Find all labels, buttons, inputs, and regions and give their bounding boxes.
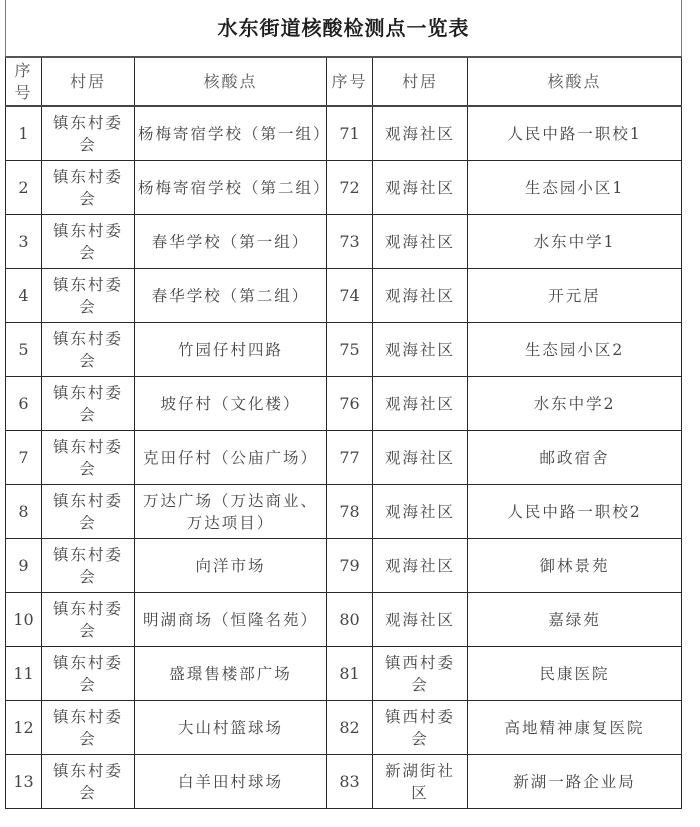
seq-cell: 1: [6, 106, 42, 161]
village-cell: 观海社区: [373, 593, 468, 647]
village-cell: 观海社区: [373, 431, 468, 485]
seq-cell: 79: [327, 539, 373, 593]
seq-cell: 83: [327, 755, 373, 809]
site-cell: 向洋市场: [135, 539, 327, 593]
site-cell: 人民中路一职校1: [468, 106, 682, 161]
seq-cell: 76: [327, 377, 373, 431]
village-cell: 镇西村委会: [373, 647, 468, 701]
table-title: 水东街道核酸检测点一览表: [6, 0, 682, 57]
header-seq-right: 序号: [327, 57, 373, 106]
seq-cell: 6: [6, 377, 42, 431]
table-row: 4 镇东村委会 春华学校（第二组） 74 观海社区 开元居: [6, 269, 682, 323]
header-row: 序号 村居 核酸点 序号 村居 核酸点: [6, 57, 682, 106]
seq-cell: 5: [6, 323, 42, 377]
village-cell: 镇东村委会: [42, 647, 135, 701]
village-cell: 镇东村委会: [42, 593, 135, 647]
table-row: 5 镇东村委会 竹园仔村四路 75 观海社区 生态园小区2: [6, 323, 682, 377]
seq-cell: 8: [6, 485, 42, 539]
site-cell: 盛璟售楼部广场: [135, 647, 327, 701]
site-cell: 御林景苑: [468, 539, 682, 593]
village-cell: 镇东村委会: [42, 485, 135, 539]
village-cell: 新湖街社区: [373, 755, 468, 809]
table-row: 11 镇东村委会 盛璟售楼部广场 81 镇西村委会 民康医院: [6, 647, 682, 701]
table-row: 3 镇东村委会 春华学校（第一组） 73 观海社区 水东中学1: [6, 215, 682, 269]
header-site-right: 核酸点: [468, 57, 682, 106]
village-cell: 镇东村委会: [42, 269, 135, 323]
seq-cell: 71: [327, 106, 373, 161]
table-row: 10 镇东村委会 明湖商场（恒隆名苑） 80 观海社区 嘉绿苑: [6, 593, 682, 647]
village-cell: 观海社区: [373, 323, 468, 377]
title-row: 水东街道核酸检测点一览表: [6, 0, 682, 57]
seq-cell: 75: [327, 323, 373, 377]
header-seq-left: 序号: [6, 57, 42, 106]
site-cell: 春华学校（第二组）: [135, 269, 327, 323]
site-cell: 水东中学2: [468, 377, 682, 431]
site-cell: 新湖一路企业局: [468, 755, 682, 809]
site-cell: 坡仔村（文化楼）: [135, 377, 327, 431]
testing-sites-sheet: 水东街道核酸检测点一览表 序号 村居 核酸点 序号 村居 核酸点 1 镇东村委会…: [5, 0, 681, 809]
seq-cell: 9: [6, 539, 42, 593]
site-cell: 万达广场（万达商业、万达项目）: [135, 485, 327, 539]
site-cell: 嘉绿苑: [468, 593, 682, 647]
village-cell: 镇东村委会: [42, 431, 135, 485]
village-cell: 镇西村委会: [373, 701, 468, 755]
village-cell: 镇东村委会: [42, 377, 135, 431]
village-cell: 观海社区: [373, 215, 468, 269]
seq-cell: 72: [327, 161, 373, 215]
seq-cell: 81: [327, 647, 373, 701]
site-cell: 明湖商场（恒隆名苑）: [135, 593, 327, 647]
site-cell: 春华学校（第一组）: [135, 215, 327, 269]
table-row: 2 镇东村委会 杨梅寄宿学校（第二组） 72 观海社区 生态园小区1: [6, 161, 682, 215]
site-cell: 民康医院: [468, 647, 682, 701]
village-cell: 镇东村委会: [42, 701, 135, 755]
site-cell: 白羊田村球场: [135, 755, 327, 809]
seq-cell: 82: [327, 701, 373, 755]
header-site-left: 核酸点: [135, 57, 327, 106]
site-cell: 邮政宿舍: [468, 431, 682, 485]
village-cell: 观海社区: [373, 269, 468, 323]
site-cell: 杨梅寄宿学校（第二组）: [135, 161, 327, 215]
village-cell: 镇东村委会: [42, 161, 135, 215]
seq-cell: 2: [6, 161, 42, 215]
table-row: 6 镇东村委会 坡仔村（文化楼） 76 观海社区 水东中学2: [6, 377, 682, 431]
seq-cell: 77: [327, 431, 373, 485]
seq-cell: 7: [6, 431, 42, 485]
site-cell: 生态园小区1: [468, 161, 682, 215]
site-cell: 大山村篮球场: [135, 701, 327, 755]
site-cell: 水东中学1: [468, 215, 682, 269]
seq-cell: 78: [327, 485, 373, 539]
village-cell: 镇东村委会: [42, 215, 135, 269]
village-cell: 镇东村委会: [42, 106, 135, 161]
seq-cell: 11: [6, 647, 42, 701]
village-cell: 镇东村委会: [42, 323, 135, 377]
seq-cell: 10: [6, 593, 42, 647]
seq-cell: 12: [6, 701, 42, 755]
village-cell: 镇东村委会: [42, 755, 135, 809]
village-cell: 观海社区: [373, 161, 468, 215]
site-cell: 人民中路一职校2: [468, 485, 682, 539]
table-row: 9 镇东村委会 向洋市场 79 观海社区 御林景苑: [6, 539, 682, 593]
table-row: 7 镇东村委会 克田仔村（公庙广场） 77 观海社区 邮政宿舍: [6, 431, 682, 485]
village-cell: 镇东村委会: [42, 539, 135, 593]
header-village-left: 村居: [42, 57, 135, 106]
site-cell: 杨梅寄宿学校（第一组）: [135, 106, 327, 161]
seq-cell: 80: [327, 593, 373, 647]
seq-cell: 74: [327, 269, 373, 323]
site-cell: 竹园仔村四路: [135, 323, 327, 377]
seq-cell: 13: [6, 755, 42, 809]
village-cell: 观海社区: [373, 377, 468, 431]
seq-cell: 73: [327, 215, 373, 269]
table-row: 12 镇东村委会 大山村篮球场 82 镇西村委会 高地精神康复医院: [6, 701, 682, 755]
site-cell: 克田仔村（公庙广场）: [135, 431, 327, 485]
header-village-right: 村居: [373, 57, 468, 106]
site-cell: 开元居: [468, 269, 682, 323]
seq-cell: 3: [6, 215, 42, 269]
village-cell: 观海社区: [373, 106, 468, 161]
village-cell: 观海社区: [373, 539, 468, 593]
site-cell: 高地精神康复医院: [468, 701, 682, 755]
table-row: 13 镇东村委会 白羊田村球场 83 新湖街社区 新湖一路企业局: [6, 755, 682, 809]
village-cell: 观海社区: [373, 485, 468, 539]
table-row: 1 镇东村委会 杨梅寄宿学校（第一组） 71 观海社区 人民中路一职校1: [6, 106, 682, 161]
seq-cell: 4: [6, 269, 42, 323]
table-row: 8 镇东村委会 万达广场（万达商业、万达项目） 78 观海社区 人民中路一职校2: [6, 485, 682, 539]
site-cell: 生态园小区2: [468, 323, 682, 377]
testing-sites-table: 水东街道核酸检测点一览表 序号 村居 核酸点 序号 村居 核酸点 1 镇东村委会…: [5, 0, 682, 809]
